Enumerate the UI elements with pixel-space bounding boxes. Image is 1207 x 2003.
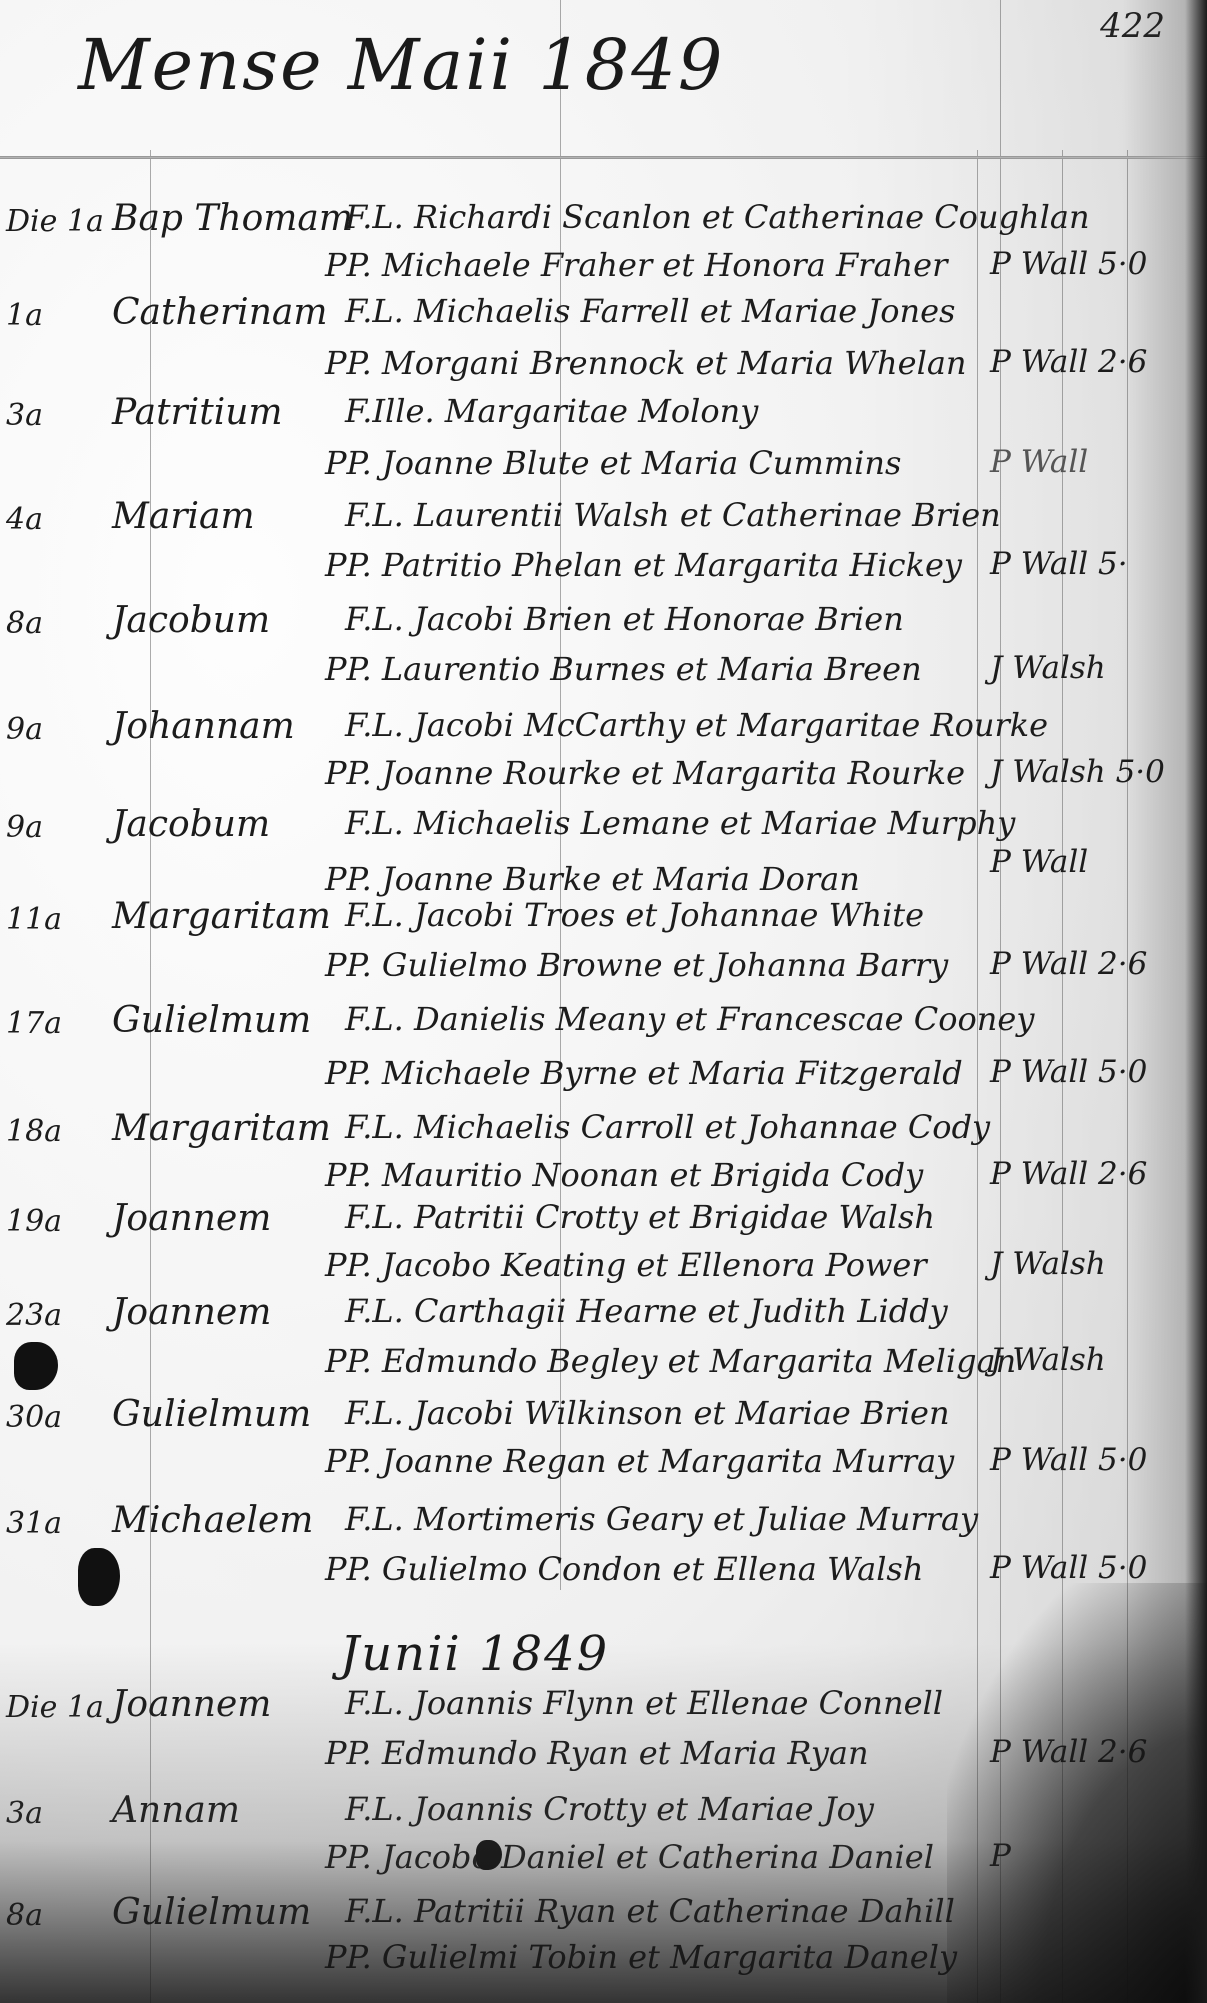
baptized-name: Johannam: [112, 706, 295, 747]
entry-day: 18a: [6, 1114, 62, 1149]
entry-day: 23a: [6, 1298, 62, 1333]
godparents: PP. Joanne Rourke et Margarita Rourke: [325, 754, 965, 792]
entry-day: 19a: [6, 1204, 62, 1239]
entry-day: 8a: [6, 606, 43, 641]
godparents: PP. Joanne Regan et Margarita Murray: [325, 1442, 954, 1480]
godparents: PP. Jacobo Keating et Ellenora Power: [325, 1246, 927, 1284]
officiant: J Walsh: [990, 1246, 1106, 1282]
godparents: PP. Patritio Phelan et Margarita Hickey: [325, 546, 962, 584]
page-title: Mense Maii 1849: [78, 24, 724, 106]
parents: F.L. Michaelis Carroll et Johannae Cody: [345, 1108, 990, 1146]
baptized-name: Gulielmum: [112, 1000, 311, 1041]
officiant: P Wall: [990, 444, 1088, 480]
entry-day: 3a: [6, 398, 43, 433]
entry-day: 31a: [6, 1506, 62, 1541]
register-page: 422 Mense Maii 1849 Die 1a Bap Thomam F.…: [0, 0, 1207, 2003]
entry-day: 9a: [6, 810, 43, 845]
officiant: P Wall 2·6: [990, 344, 1147, 380]
scan-shadow: [947, 1583, 1207, 2003]
baptized-name: Gulielmum: [112, 1892, 311, 1933]
baptized-name: Margaritam: [112, 896, 331, 937]
godparents: PP. Edmundo Begley et Margarita Meligan: [325, 1342, 1016, 1380]
officiant: P Wall 2·6: [990, 1734, 1147, 1770]
godparents: PP. Joanne Burke et Maria Doran: [325, 860, 860, 898]
parents: F.L. Patritii Crotty et Brigidae Walsh: [345, 1198, 935, 1236]
godparents: PP. Michaele Fraher et Honora Fraher: [325, 246, 947, 284]
officiant: P Wall 5·0: [990, 1054, 1147, 1090]
entry-day: 17a: [6, 1006, 62, 1041]
entry-day: 4a: [6, 502, 43, 537]
parents: F.L. Jacobi Brien et Honorae Brien: [345, 600, 904, 638]
parents: F.L. Carthagii Hearne et Judith Liddy: [345, 1292, 948, 1330]
godparents: PP. Gulielmo Browne et Johanna Barry: [325, 946, 948, 984]
page-edge: [1185, 0, 1207, 2003]
godparents: PP. Joanne Blute et Maria Cummins: [325, 444, 901, 482]
baptized-name: Mariam: [112, 496, 255, 537]
baptized-name: Catherinam: [112, 292, 327, 333]
baptized-name: Michaelem: [112, 1500, 313, 1541]
month-heading: Junii 1849: [340, 1626, 609, 1682]
header-rule: [0, 156, 1207, 159]
godparents: PP. Mauritio Noonan et Brigida Cody: [325, 1156, 923, 1194]
baptized-name: Joannem: [112, 1198, 271, 1239]
baptized-name: Margaritam: [112, 1108, 331, 1149]
godparents: PP. Edmundo Ryan et Maria Ryan: [325, 1734, 869, 1772]
entry-day: Die 1a: [6, 1690, 104, 1725]
parents: F.L. Richardi Scanlon et Catherinae Coug…: [345, 198, 1090, 236]
column-rule: [977, 150, 978, 2003]
parents: F.L. Jacobi Wilkinson et Mariae Brien: [345, 1394, 950, 1432]
baptized-name: Joannem: [112, 1684, 271, 1725]
officiant: P Wall: [990, 844, 1088, 880]
page-number: 422: [1100, 6, 1165, 46]
parents: F.L. Joannis Crotty et Mariae Joy: [345, 1790, 874, 1828]
ink-blot: [14, 1342, 58, 1390]
godparents: PP. Gulielmi Tobin et Margarita Danely: [325, 1938, 957, 1976]
parents: F.L. Patritii Ryan et Catherinae Dahill: [345, 1892, 955, 1930]
officiant: J Walsh: [990, 650, 1106, 686]
baptized-name: Patritium: [112, 392, 283, 433]
baptized-name: Jacobum: [112, 804, 270, 845]
godparents: PP. Gulielmo Condon et Ellena Walsh: [325, 1550, 923, 1588]
entry-day: Die 1a: [6, 204, 104, 239]
baptized-name: Jacobum: [112, 600, 270, 641]
parents: F.L. Mortimeris Geary et Juliae Murray: [345, 1500, 978, 1538]
entry-day: 8a: [6, 1898, 43, 1933]
officiant: P Wall 5·0: [990, 246, 1147, 282]
baptized-name: Bap Thomam: [112, 198, 353, 239]
officiant: P Wall 5·0: [990, 1550, 1147, 1586]
entry-day: 9a: [6, 712, 43, 747]
parents: F.L. Jacobi McCarthy et Margaritae Rourk…: [345, 706, 1048, 744]
entry-day: 30a: [6, 1400, 62, 1435]
officiant: P Wall 5·0: [990, 1442, 1147, 1478]
officiant: J Walsh 5·0: [990, 754, 1165, 790]
baptized-name: Gulielmum: [112, 1394, 311, 1435]
officiant: P: [990, 1838, 1011, 1874]
baptized-name: Annam: [112, 1790, 240, 1831]
officiant: P Wall 2·6: [990, 1156, 1147, 1192]
godparents: PP. Laurentio Burnes et Maria Breen: [325, 650, 922, 688]
parents: F.L. Laurentii Walsh et Catherinae Brien: [345, 496, 1001, 534]
godparents: PP. Michaele Byrne et Maria Fitzgerald: [325, 1054, 963, 1092]
entry-day: 3a: [6, 1796, 43, 1831]
parents: F.L. Michaelis Lemane et Mariae Murphy: [345, 804, 1015, 842]
parents: F.L. Joannis Flynn et Ellenae Connell: [345, 1684, 943, 1722]
parents: F.L. Jacobi Troes et Johannae White: [345, 896, 924, 934]
entry-day: 11a: [6, 902, 62, 937]
parents: F.L. Danielis Meany et Francescae Cooney: [345, 1000, 1034, 1038]
godparents: PP. Jacobo Daniel et Catherina Daniel: [325, 1838, 934, 1876]
officiant: J Walsh: [990, 1342, 1106, 1378]
baptized-name: Joannem: [112, 1292, 271, 1333]
godparents: PP. Morgani Brennock et Maria Whelan: [325, 344, 967, 382]
entry-day: 1a: [6, 298, 43, 333]
ink-blot: [78, 1548, 120, 1606]
parents: F.Ille. Margaritae Molony: [345, 392, 758, 430]
officiant: P Wall 2·6: [990, 946, 1147, 982]
officiant: P Wall 5·: [990, 546, 1128, 582]
parents: F.L. Michaelis Farrell et Mariae Jones: [345, 292, 955, 330]
